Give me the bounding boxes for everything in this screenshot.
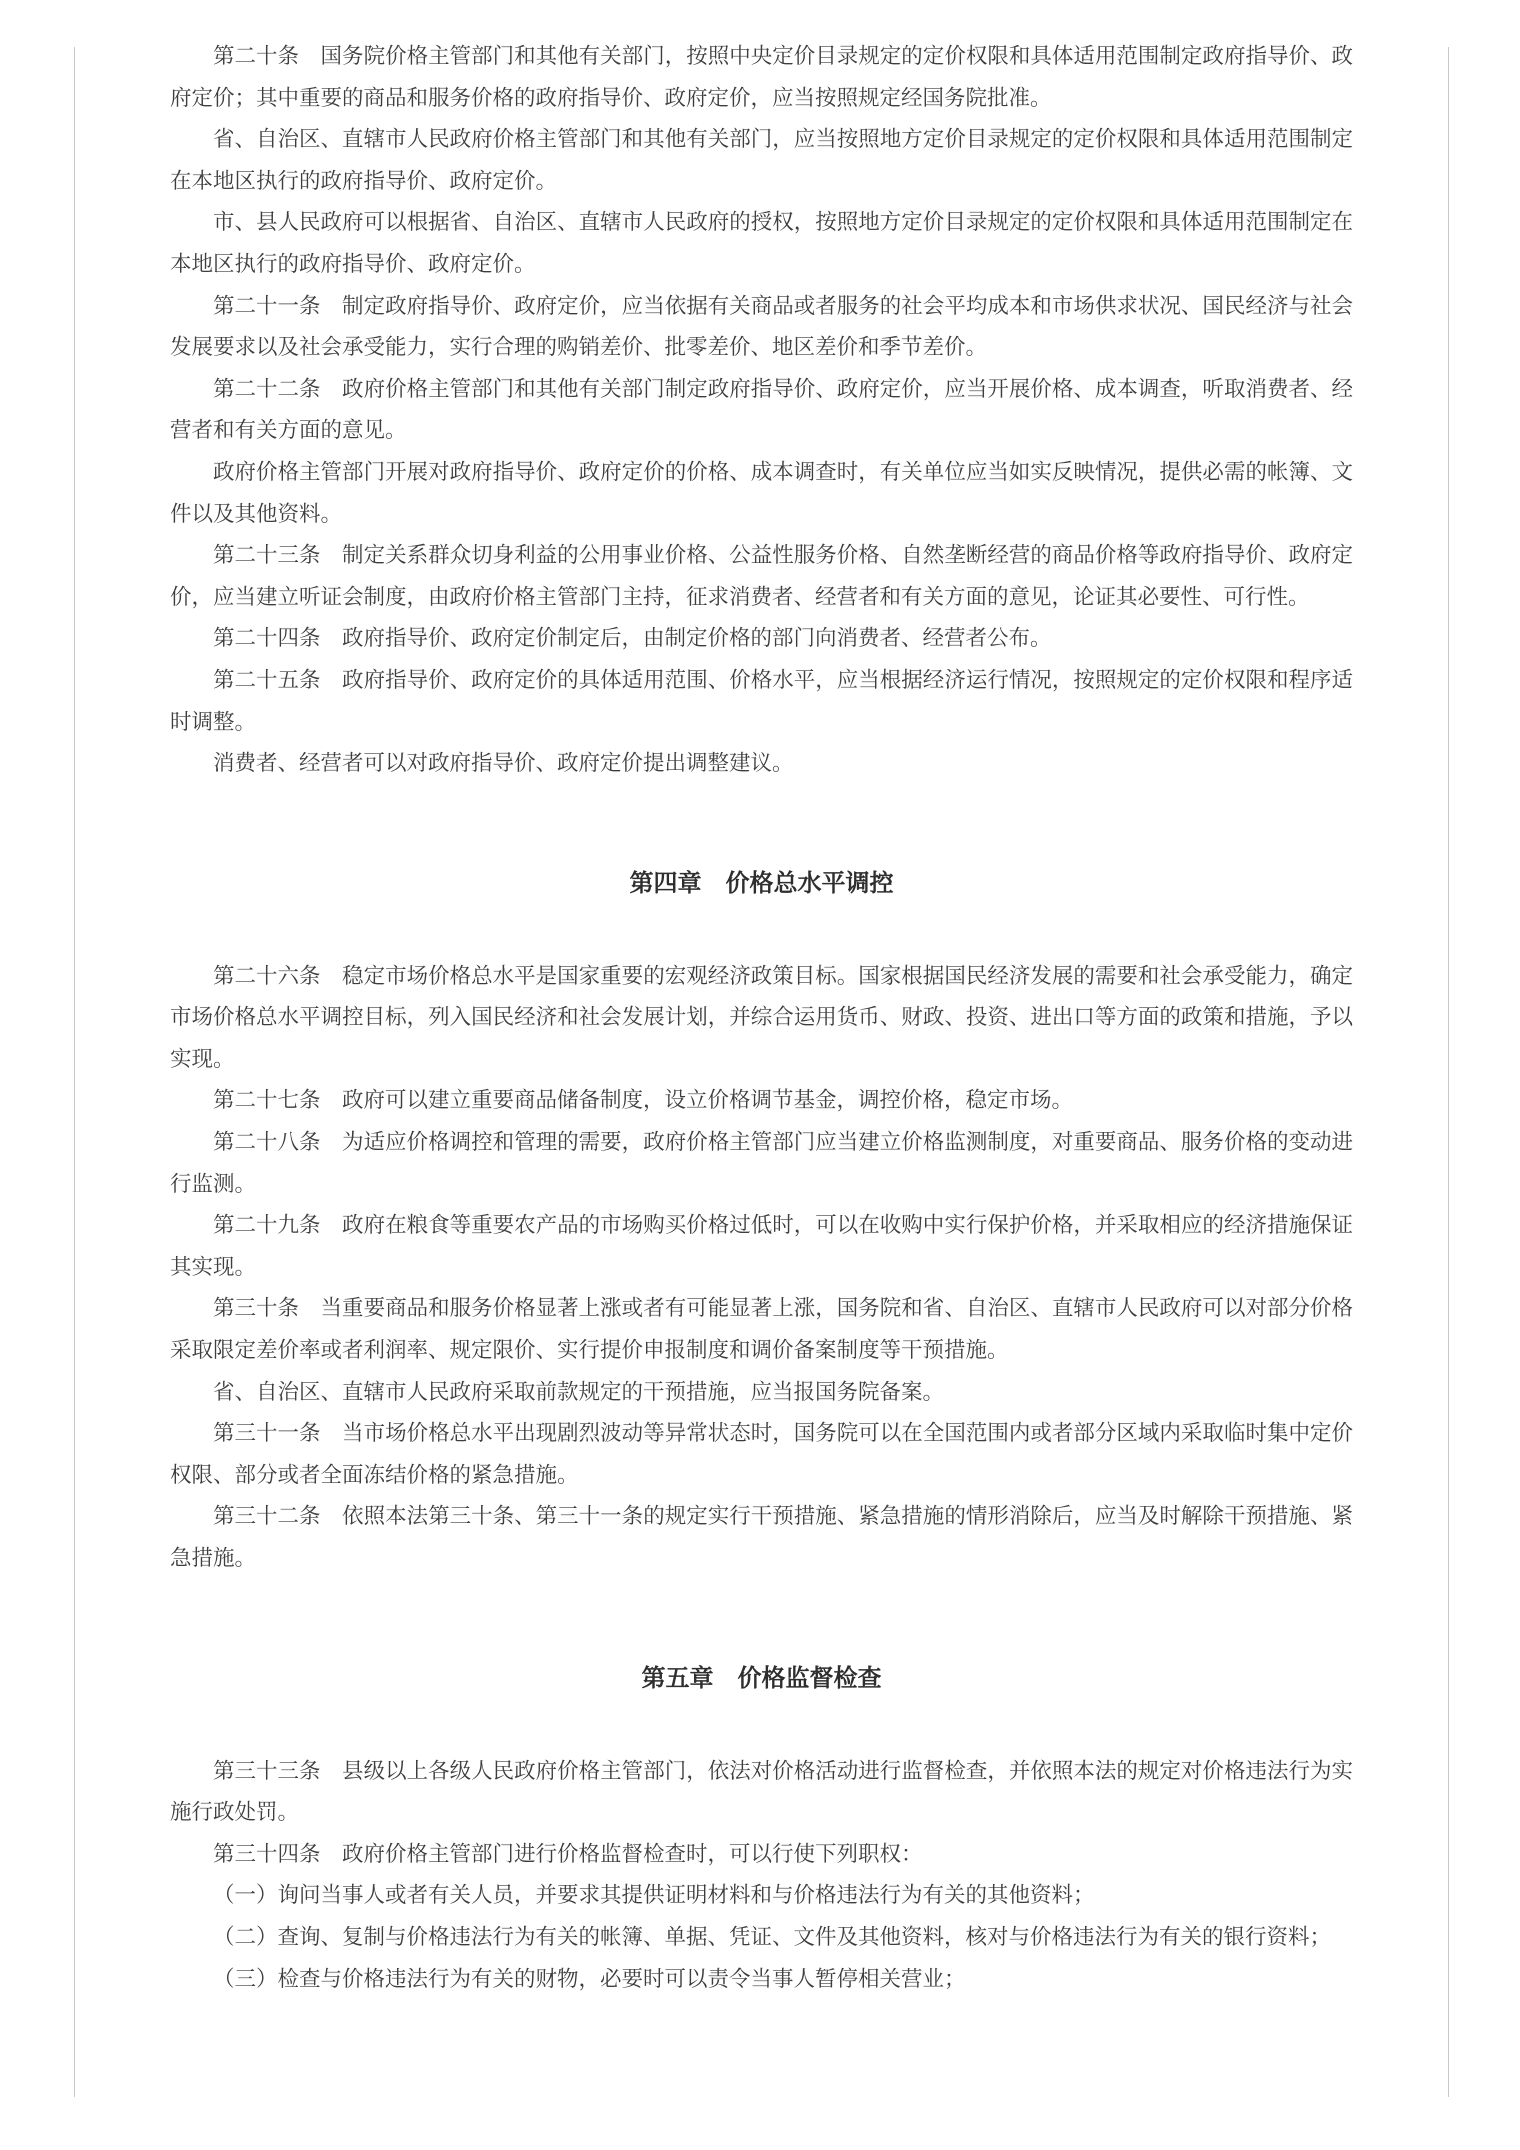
law-paragraph: 第二十七条 政府可以建立重要商品储备制度，设立价格调节基金，调控价格，稳定市场。 xyxy=(170,1080,1353,1122)
law-paragraph: 第二十九条 政府在粮食等重要农产品的市场购买价格过低时，可以在收购中实行保护价格… xyxy=(170,1205,1353,1288)
law-paragraph: 第三十四条 政府价格主管部门进行价格监督检查时，可以行使下列职权： xyxy=(170,1834,1353,1876)
page-edge-right xyxy=(1448,47,1449,2097)
law-paragraph: 第二十三条 制定关系群众切身利益的公用事业价格、公益性服务价格、自然垄断经营的商… xyxy=(170,535,1353,618)
law-paragraph: 第二十条 国务院价格主管部门和其他有关部门，按照中央定价目录规定的定价权限和具体… xyxy=(170,36,1353,119)
law-paragraph: 政府价格主管部门开展对政府指导价、政府定价的价格、成本调查时，有关单位应当如实反… xyxy=(170,452,1353,535)
law-paragraph: 第二十二条 政府价格主管部门和其他有关部门制定政府指导价、政府定价，应当开展价格… xyxy=(170,369,1353,452)
law-paragraph: 第二十五条 政府指导价、政府定价的具体适用范围、价格水平，应当根据经济运行情况，… xyxy=(170,660,1353,743)
law-paragraph: （三）检查与价格违法行为有关的财物，必要时可以责令当事人暂停相关营业； xyxy=(170,1959,1353,2001)
law-paragraph: 第三十条 当重要商品和服务价格显著上涨或者有可能显著上涨，国务院和省、自治区、直… xyxy=(170,1288,1353,1371)
document-body: 第二十条 国务院价格主管部门和其他有关部门，按照中央定价目录规定的定价权限和具体… xyxy=(170,36,1353,2000)
law-paragraph: 市、县人民政府可以根据省、自治区、直辖市人民政府的授权，按照地方定价目录规定的定… xyxy=(170,202,1353,285)
chapter-heading: 第四章 价格总水平调控 xyxy=(170,869,1353,899)
law-paragraph: 第三十一条 当市场价格总水平出现剧烈波动等异常状态时，国务院可以在全国范围内或者… xyxy=(170,1413,1353,1496)
law-paragraph: 省、自治区、直辖市人民政府采取前款规定的干预措施，应当报国务院备案。 xyxy=(170,1372,1353,1414)
law-paragraph: （二）查询、复制与价格违法行为有关的帐簿、单据、凭证、文件及其他资料，核对与价格… xyxy=(170,1917,1353,1959)
law-paragraph: （一）询问当事人或者有关人员，并要求其提供证明材料和与价格违法行为有关的其他资料… xyxy=(170,1875,1353,1917)
page-edge-left xyxy=(74,47,75,2097)
law-paragraph: 第三十三条 县级以上各级人民政府价格主管部门，依法对价格活动进行监督检查，并依照… xyxy=(170,1751,1353,1834)
law-paragraph: 第二十一条 制定政府指导价、政府定价，应当依据有关商品或者服务的社会平均成本和市… xyxy=(170,286,1353,369)
law-paragraph: 消费者、经营者可以对政府指导价、政府定价提出调整建议。 xyxy=(170,743,1353,785)
law-paragraph: 第三十二条 依照本法第三十条、第三十一条的规定实行干预措施、紧急措施的情形消除后… xyxy=(170,1496,1353,1579)
law-paragraph: 第二十八条 为适应价格调控和管理的需要，政府价格主管部门应当建立价格监测制度，对… xyxy=(170,1122,1353,1205)
law-paragraph: 第二十四条 政府指导价、政府定价制定后，由制定价格的部门向消费者、经营者公布。 xyxy=(170,618,1353,660)
law-paragraph: 第二十六条 稳定市场价格总水平是国家重要的宏观经济政策目标。国家根据国民经济发展… xyxy=(170,956,1353,1081)
chapter-heading: 第五章 价格监督检查 xyxy=(170,1664,1353,1694)
law-paragraph: 省、自治区、直辖市人民政府价格主管部门和其他有关部门，应当按照地方定价目录规定的… xyxy=(170,119,1353,202)
